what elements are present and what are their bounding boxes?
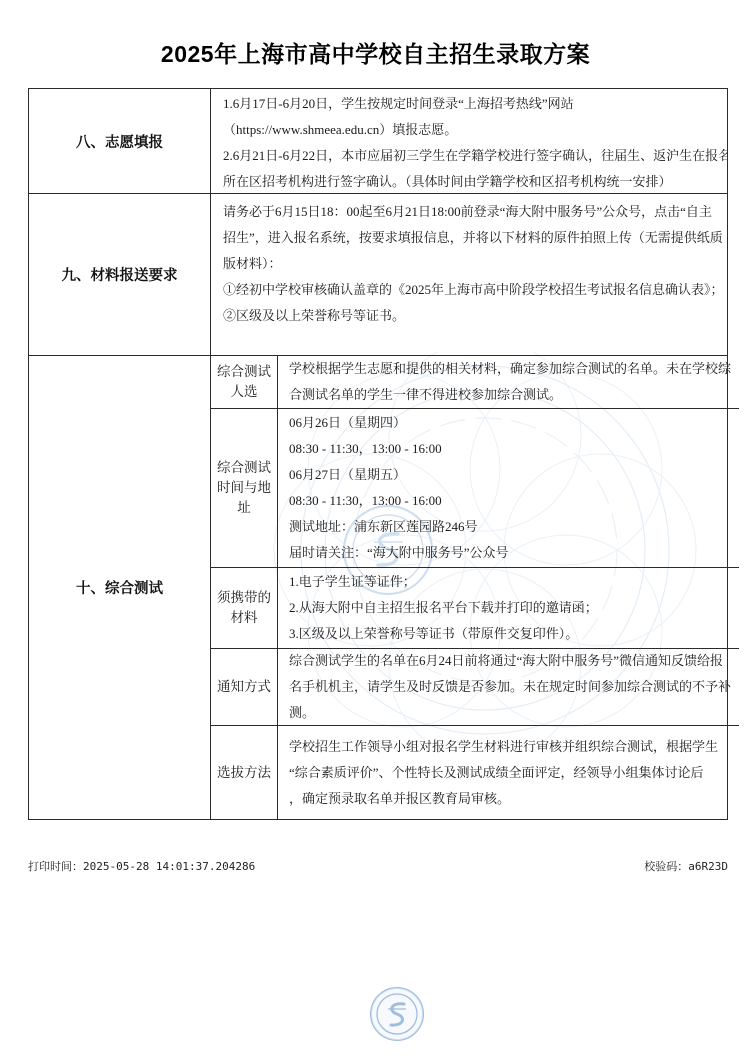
page-title: 2025年上海市高中学校自主招生录取方案 [0,36,751,69]
print-time: 打印时间：2025-05-28 14:01:37.204286 [28,858,255,874]
emblem-inner-ring [377,994,417,1034]
subrow-text: 学校根据学生志愿和提供的相关材料，确定参加综合测试的名单。未在学校综 合测试名单… [289,356,731,408]
subrow-content-notification-method: 综合测试学生的名单在6月24日前将通过“海大附中服务号”微信通知反馈给报 名手机… [278,649,739,725]
subrow-text: 1.电子学生证等证件； 2.从海大附中自主招生报名平台下载并打印的邀请函； 3.… [289,569,598,647]
subrow-test-time-address: 综合测试 时间与地 址 06月26日（星期四） 08:30 - 11:30，13… [211,409,739,568]
row-content-volunteer-filling: 1.6月17日-6月20日，学生按规定时间登录“上海招考热线”网站 （https… [211,89,727,193]
table-row-material-submission: 九、材料报送要求 请务必于6月15日18：00起至6月21日18:00前登录“海… [29,194,727,356]
subrow-notification-method: 通知方式 综合测试学生的名单在6月24日前将通过“海大附中服务号”微信通知反馈给… [211,649,739,726]
admission-plan-table: 八、志愿填报 1.6月17日-6月20日，学生按规定时间登录“上海招考热线”网站… [28,88,728,820]
table-row-volunteer-filling: 八、志愿填报 1.6月17日-6月20日，学生按规定时间登录“上海招考热线”网站… [29,89,727,194]
print-time-label: 打印时间： [28,860,83,873]
verification-code: 校验码：a6R23D [644,858,728,874]
emblem-glyph [391,1004,404,1025]
emblem-fill [371,988,423,1040]
subrow-text: 综合测试学生的名单在6月24日前将通过“海大附中服务号”微信通知反馈给报 名手机… [289,649,731,725]
subrow-label-test-time-address: 综合测试 时间与地 址 [211,409,278,567]
subrow-label-test-candidates: 综合测试 人选 [211,356,278,408]
verification-code-label: 校验码： [644,860,688,873]
subrow-test-candidates: 综合测试 人选 学校根据学生志愿和提供的相关材料，确定参加综合测试的名单。未在学… [211,356,739,409]
subrow-label-required-materials: 须携带的 材料 [211,568,278,648]
emblem-outer-ring [371,988,423,1040]
print-time-value: 2025-05-28 14:01:37.204286 [83,860,255,873]
comprehensive-test-subrows: 综合测试 人选 学校根据学生志愿和提供的相关材料，确定参加综合测试的名单。未在学… [211,356,739,819]
subrow-required-materials: 须携带的 材料 1.电子学生证等证件； 2.从海大附中自主招生报名平台下载并打印… [211,568,739,649]
subrow-content-selection-method: 学校招生工作领导小组对报名学生材料进行审核并组织综合测试，根据学生 “综合素质评… [278,726,739,819]
subrow-content-test-candidates: 学校根据学生志愿和提供的相关材料，确定参加综合测试的名单。未在学校综 合测试名单… [278,356,739,408]
subrow-label-selection-method: 选拔方法 [211,726,278,819]
bottom-seal-icon [368,985,426,1043]
verification-code-value: a6R23D [688,860,728,873]
subrow-content-required-materials: 1.电子学生证等证件； 2.从海大附中自主招生报名平台下载并打印的邀请函； 3.… [278,568,739,648]
row-header-volunteer-filling: 八、志愿填报 [29,89,211,193]
page-footer: 打印时间：2025-05-28 14:01:37.204286 校验码：a6R2… [28,858,728,874]
row-content-material-submission: 请务必于6月15日18：00起至6月21日18:00前登录“海大附中服务号”公众… [211,194,727,355]
table-row-comprehensive-test: 十、综合测试 综合测试 人选 学校根据学生志愿和提供的相关材料，确定参加综合测试… [29,356,727,819]
row-header-comprehensive-test: 十、综合测试 [29,356,211,819]
subrow-content-test-time-address: 06月26日（星期四） 08:30 - 11:30，13:00 - 16:00 … [278,409,739,567]
subrow-label-notification-method: 通知方式 [211,649,278,725]
document-page: { "title": "2025年上海市高中学校自主招生录取方案", "tabl… [0,0,751,1063]
row-header-material-submission: 九、材料报送要求 [29,194,211,355]
subrow-selection-method: 选拔方法 学校招生工作领导小组对报名学生材料进行审核并组织综合测试，根据学生 “… [211,726,739,819]
subrow-text: 学校招生工作领导小组对报名学生材料进行审核并组织综合测试，根据学生 “综合素质评… [289,734,718,812]
subrow-text: 06月26日（星期四） 08:30 - 11:30，13:00 - 16:00 … [289,410,509,566]
